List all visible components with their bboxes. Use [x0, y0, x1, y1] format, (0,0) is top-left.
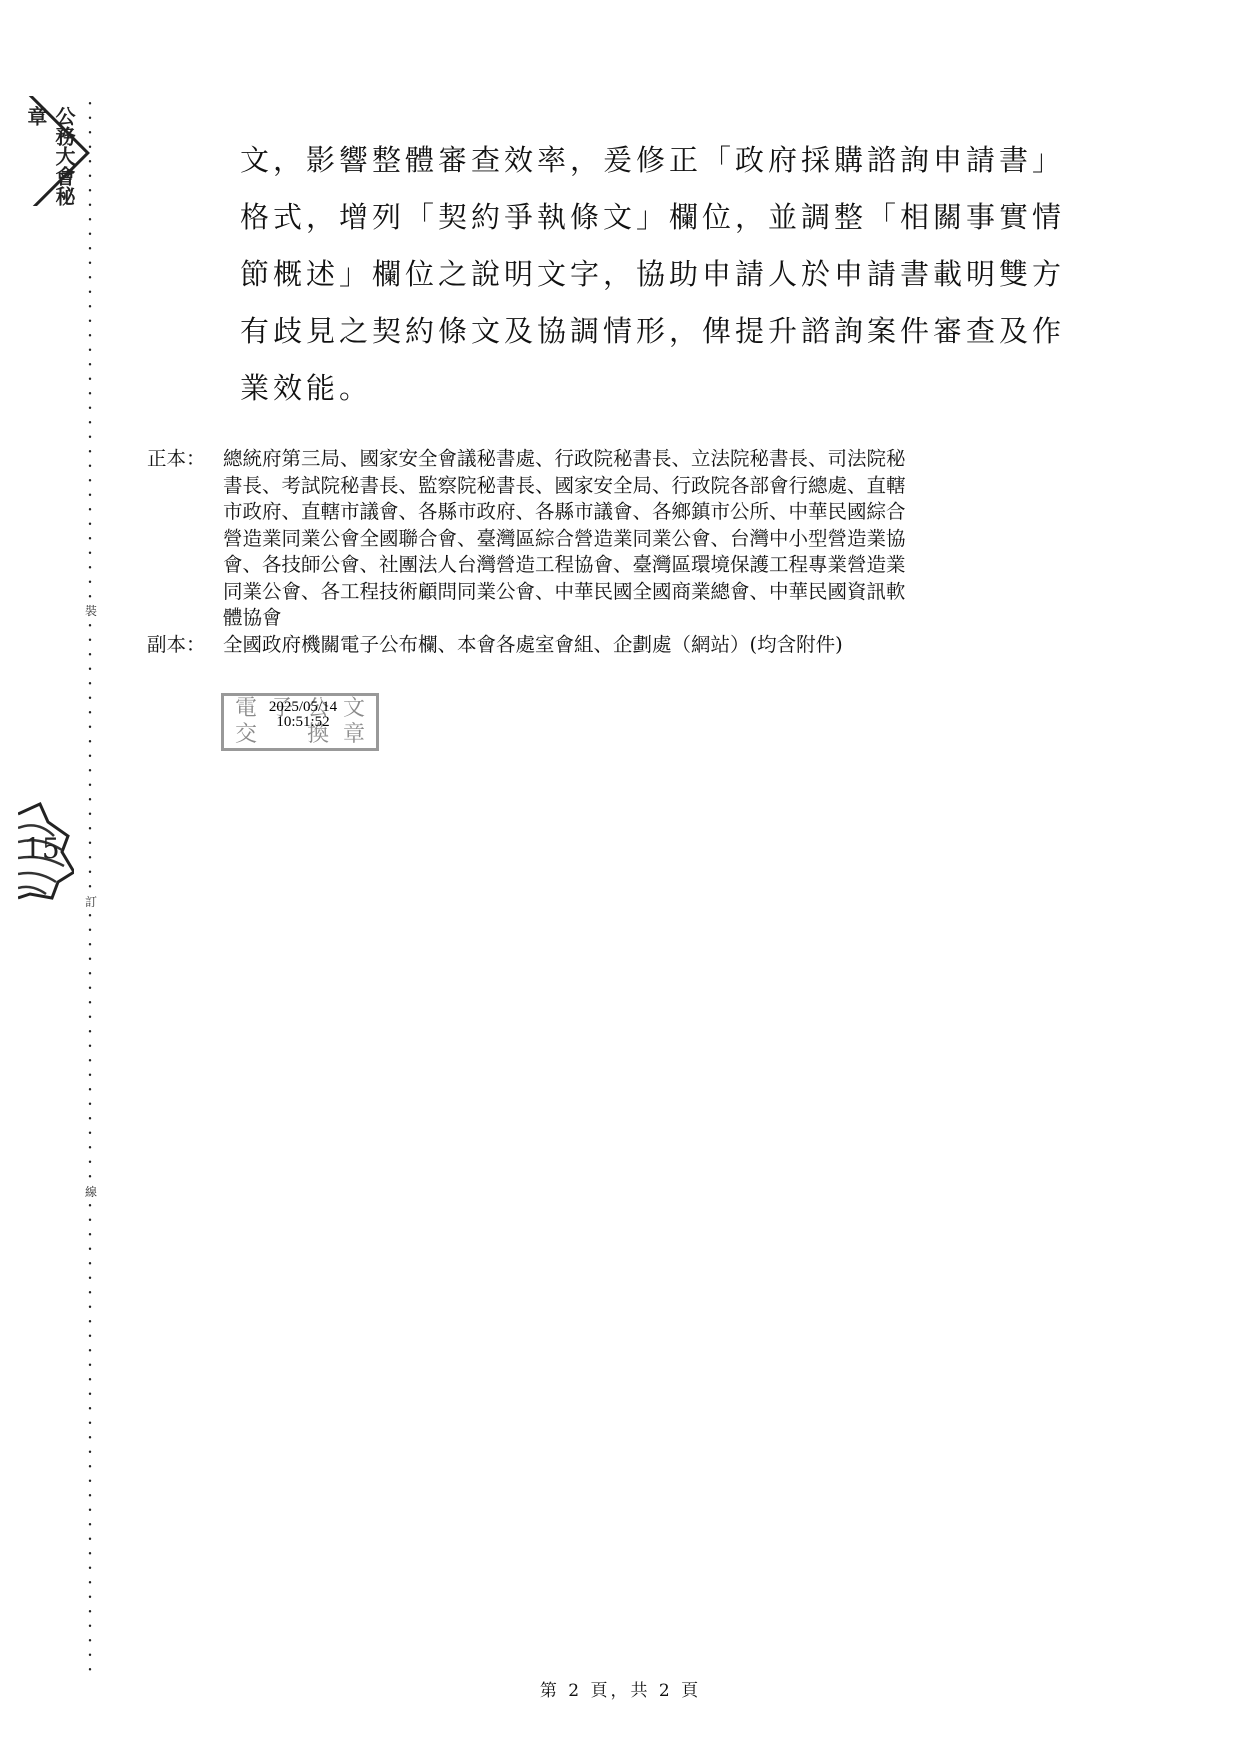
- official-seal-stamp: 公務大會秘章: [20, 96, 92, 206]
- copy-recipients-label: 副本：: [147, 632, 223, 659]
- stamp-date: 2025/05/14: [258, 700, 348, 715]
- recipient-line: 全國政府機關電子公布欄、本會各處室會組、企劃處（網站）(均含附件): [223, 632, 1093, 659]
- stamp-time: 10:51:52: [258, 715, 348, 730]
- recipient-line: 市政府、直轄市議會、各縣市政府、各縣市議會、各鄉鎮市公所、中華民國綜合: [223, 499, 1093, 526]
- seal-number: 15: [24, 832, 60, 865]
- binding-label-zhuang: 裝: [83, 604, 99, 618]
- main-recipients-list: 總統府第三局、國家安全會議秘書處、行政院秘書長、立法院秘書長、司法院秘 書長、考…: [223, 446, 1093, 632]
- body-line: 格式，增列「契約爭執條文」欄位，並調整「相關事實情: [240, 189, 1090, 246]
- recipient-line: 營造業同業公會全國聯合會、臺灣區綜合營造業同業公會、台灣中小型營造業協: [223, 526, 1093, 553]
- recipient-line: 體協會: [223, 605, 1093, 632]
- recipient-line: 同業公會、各工程技術顧問同業公會、中華民國全國商業總會、中華民國資訊軟: [223, 579, 1093, 606]
- stamp-datetime: 2025/05/14 10:51:52: [258, 700, 348, 730]
- binding-dotted-line: [88, 96, 92, 1676]
- main-recipients-label: 正本：: [147, 446, 223, 632]
- main-recipients: 正本： 總統府第三局、國家安全會議秘書處、行政院秘書長、立法院秘書長、司法院秘 …: [147, 446, 1097, 632]
- body-line: 有歧見之契約條文及協調情形，俾提升諮詢案件審查及作: [240, 303, 1090, 360]
- body-line: 文，影響整體審查效率，爰修正「政府採購諮詢申請書」: [240, 132, 1090, 189]
- page-seal-stamp: 15: [18, 802, 74, 902]
- recipient-line: 總統府第三局、國家安全會議秘書處、行政院秘書長、立法院秘書長、司法院秘: [223, 446, 1093, 473]
- page-number-footer: 第 2 頁，共 2 頁: [0, 1676, 1241, 1701]
- body-line: 節概述」欄位之說明文字，協助申請人於申請書載明雙方: [240, 246, 1090, 303]
- body-line: 業效能。: [240, 360, 1090, 417]
- copy-recipients: 副本： 全國政府機關電子公布欄、本會各處室會組、企劃處（網站）(均含附件): [147, 632, 1097, 659]
- recipient-line: 書長、考試院秘書長、監察院秘書長、國家安全局、行政院各部會行總處、直轄: [223, 473, 1093, 500]
- seal-text: 公務大會秘章: [22, 106, 78, 206]
- binding-label-ding: 訂: [83, 895, 99, 909]
- recipients-section: 正本： 總統府第三局、國家安全會議秘書處、行政院秘書長、立法院秘書長、司法院秘 …: [147, 446, 1097, 658]
- body-paragraph: 文，影響整體審查效率，爰修正「政府採購諮詢申請書」 格式，增列「契約爭執條文」欄…: [240, 132, 1090, 417]
- e-document-exchange-stamp: 電 子 公 文 交 換 章 2025/05/14 10:51:52: [221, 693, 379, 751]
- recipient-line: 會、各技師公會、社團法人台灣營造工程協會、臺灣區環境保護工程專業營造業: [223, 552, 1093, 579]
- copy-recipients-list: 全國政府機關電子公布欄、本會各處室會組、企劃處（網站）(均含附件): [223, 632, 1093, 659]
- binding-label-xian: 線: [83, 1185, 99, 1199]
